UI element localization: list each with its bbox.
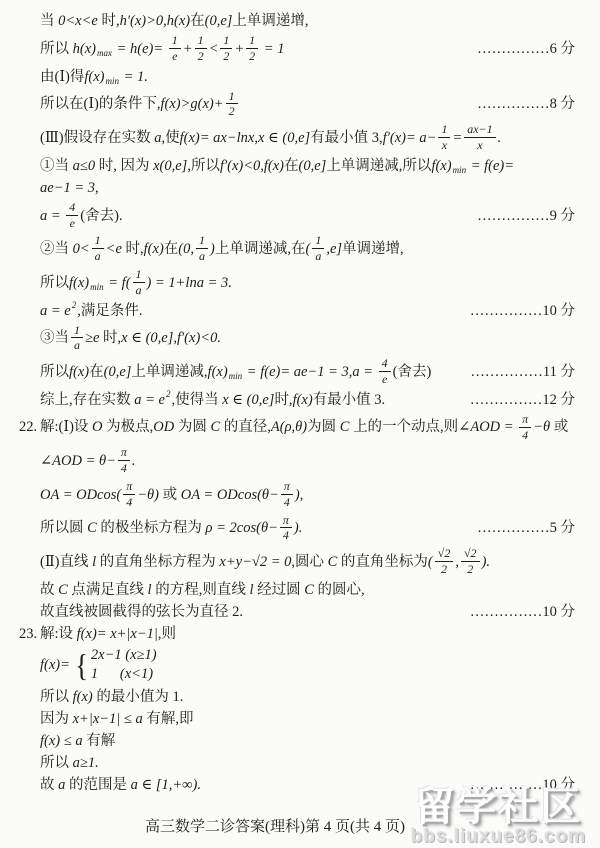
math-segment: h′(x)>0 (120, 12, 164, 30)
text-segment: 单调递增, (342, 240, 404, 258)
fraction-denominator: 4 (283, 528, 289, 543)
fraction: 1a (92, 234, 104, 264)
math-segment: x+y−√2 = 0 (219, 553, 291, 571)
math-segment: ) = 1+lna = 3. (147, 274, 232, 292)
math-segment: ρ = 2cos(θ− (206, 519, 278, 537)
math-segment: a ∈ [1,+∞). (131, 776, 201, 794)
content-line: 所以在(Ⅰ)的条件下,f(x)>g(x)+12……………8 分 (40, 88, 575, 122)
content-line: ∠AOD = θ−π4. (40, 444, 575, 478)
fraction-numerator: 1 (169, 34, 181, 49)
math-segment: x ∈ (0,e] (121, 329, 173, 347)
superscript: 2 (166, 389, 171, 400)
content-line: 由(Ⅰ)得f(x)min = 1. (40, 66, 575, 88)
math-segment: (0,e] (104, 363, 132, 381)
text-segment: 综上,存在实数 (40, 391, 134, 409)
fraction-numerator: 4 (379, 357, 391, 372)
text-segment: (Ⅱ)直线 (40, 553, 92, 571)
fraction-denominator: a (95, 249, 101, 264)
text-segment: 所以 (40, 40, 73, 58)
fraction-numerator: 1 (133, 268, 145, 283)
text-segment: 时, 因为 (95, 157, 153, 175)
math-segment: x(0,e] (153, 157, 187, 175)
math-segment: f(x)= x+|x−1| (77, 625, 158, 643)
fraction-numerator: 1 (220, 34, 232, 49)
text-segment: , (300, 486, 304, 504)
text-segment: 有解 (83, 732, 116, 750)
document-page: 当 0<x<e 时,h′(x)>0,h(x)在(0,e]上单调递增,所以 h(x… (0, 0, 600, 848)
content-line: (Ⅲ)假设存在实数 a,使f(x)= ax−lnx,x ∈ (0,e]有最小值 … (40, 121, 575, 155)
subscript: max (97, 48, 112, 59)
fraction-numerator: 1 (226, 90, 238, 105)
text-segment: 上单调递减, (131, 363, 207, 381)
math-segment: a = (352, 363, 376, 381)
text-segment: 当 (40, 12, 58, 30)
math-segment: f′(x)<0. (177, 329, 221, 347)
math-segment: C (87, 519, 97, 537)
text-segment: ,所以 (187, 157, 220, 175)
content-line: 所以 f(x) 的最小值为 1. (40, 686, 575, 708)
math-segment: h(x) (167, 12, 190, 30)
text-segment: 故直线被圆截得的弦长为直径 2. (40, 603, 243, 621)
text-segment: 经过圆 (253, 581, 304, 599)
fraction-denominator: x (477, 138, 482, 153)
fraction: 1x (438, 123, 450, 153)
text-segment: 故 (40, 776, 58, 794)
score-marker: ……………5 分 (469, 519, 575, 537)
math-segment: = f(e)= (467, 157, 514, 175)
text-segment: 上单调递增, (232, 12, 308, 30)
math-segment: = h(e)= (113, 40, 167, 58)
text-segment: ,使得当 (171, 391, 222, 409)
text-segment: 在 (164, 240, 179, 258)
content-line: ae−1 = 3, (40, 177, 575, 199)
math-segment: f(x)>g(x)+ (161, 95, 224, 113)
math-segment: ( (428, 553, 433, 571)
fraction: 12 (246, 34, 258, 64)
content-line: 23.解:设 f(x)= x+|x−1|,则 (40, 623, 575, 645)
fraction-denominator: a (136, 283, 142, 298)
score-marker: ……………10 分 (462, 776, 575, 794)
text-segment: 在 (89, 363, 104, 381)
math-segment: 0<x<e (58, 12, 98, 30)
question-number: 22. (19, 418, 40, 436)
math-segment: C (340, 418, 350, 436)
text-segment: 因为 (40, 710, 73, 728)
math-segment: f(x)= (40, 656, 74, 674)
math-segment: ∠AOD = θ− (40, 452, 116, 470)
fraction-denominator: 2 (441, 562, 447, 577)
question-number: 23. (19, 625, 40, 643)
math-segment: a (58, 776, 65, 794)
math-segment: f(x) (208, 363, 228, 381)
fraction-denominator: 4 (121, 461, 127, 476)
score-marker: ……………8 分 (469, 95, 575, 113)
math-segment: . (498, 129, 502, 147)
superscript: 2 (72, 300, 77, 311)
math-segment: −θ) (137, 486, 159, 504)
text-segment: 上单调递减,在 (215, 240, 306, 258)
text-segment: 所以 (40, 274, 69, 292)
answer-content: 当 0<x<e 时,h′(x)>0,h(x)在(0,e]上单调递增,所以 h(x… (0, 0, 600, 796)
text-segment: 在 (190, 12, 205, 30)
math-segment: x+|x−1| ≤ a (73, 710, 143, 728)
text-segment: 解:(Ⅰ)设 (40, 418, 92, 436)
text-segment: 时, (122, 240, 144, 258)
math-segment: x ∈ (0,e] (258, 129, 310, 147)
fraction: 4e (379, 357, 391, 387)
math-segment: f(x) (264, 157, 284, 175)
fraction-denominator: 4 (126, 495, 132, 510)
fraction-numerator: 1 (196, 234, 208, 249)
content-line: ③当1a≥e 时,x ∈ (0,e],f′(x)<0. (40, 322, 575, 356)
math-segment: f(x) (69, 274, 89, 292)
content-line: 所以f(x)min = f(1a) = 1+lna = 3. (40, 266, 575, 300)
fraction-numerator: π (123, 480, 135, 495)
text-segment: 的圆心, (314, 581, 365, 599)
fraction-numerator: 1 (438, 123, 450, 138)
fraction: √22 (461, 547, 480, 577)
fraction-numerator: √2 (435, 547, 454, 562)
math-segment: f′(x)<0 (220, 157, 260, 175)
text-segment: 所以圆 (40, 519, 87, 537)
math-segment: C (58, 581, 68, 599)
text-segment: 解:设 (40, 625, 77, 643)
text-segment: 上的一个动点,则 (349, 418, 458, 436)
fraction-numerator: π (281, 480, 293, 495)
piecewise-cases: {2x−1 (x≥1)1 (x<1) (74, 646, 157, 685)
math-segment: <e (106, 240, 122, 258)
math-segment: ,e] (326, 240, 342, 258)
content-line: 所以 h(x)max = h(e)= 1e+12<12+12 = 1……………6… (40, 32, 575, 66)
text-segment: 时, (99, 329, 121, 347)
text-segment: 有最小值 3. (313, 391, 386, 409)
case-row: 2x−1 (x≥1) (91, 646, 157, 666)
math-segment: −θ (533, 418, 550, 436)
case-row: 1 (x<1) (91, 665, 157, 685)
text-segment: ①当 (40, 157, 73, 175)
text-segment: 有解,即 (143, 710, 194, 728)
math-segment: , (455, 553, 459, 571)
text-segment: (Ⅲ)假设存在实数 (40, 129, 154, 147)
content-line: 故直线被圆截得的弦长为直径 2.……………10 分 (40, 601, 575, 623)
content-line: ②当 0<1a<e 时,f(x)在(0,1a)上单调递减,在(1a,e]单调递增… (40, 232, 575, 266)
text-segment: 点满足直线 (68, 581, 148, 599)
content-line: 所以圆 C 的极坐标方程为 ρ = 2cos(θ−π4).……………5 分 (40, 512, 575, 546)
math-segment: ). (482, 553, 490, 571)
fraction-denominator: 2 (229, 104, 235, 119)
math-segment: f(x) (144, 240, 164, 258)
subscript: min (90, 282, 104, 293)
text-segment: 的范围是 (65, 776, 130, 794)
content-line: f(x)= {2x−1 (x≥1)1 (x<1) (40, 645, 575, 686)
math-segment: (0,e] (205, 12, 233, 30)
text-segment: 或 (550, 418, 568, 436)
math-segment: f(x) (69, 363, 89, 381)
math-segment: (0,e] (299, 157, 327, 175)
fraction: π4 (280, 514, 292, 544)
fraction: 1a (196, 234, 208, 264)
fraction-denominator: 4 (284, 495, 290, 510)
fraction: 1a (71, 324, 83, 354)
fraction: 12 (220, 34, 232, 64)
math-segment: ≥e (85, 329, 99, 347)
score-marker: ……………10 分 (462, 603, 575, 621)
math-segment: f(x) (84, 68, 104, 86)
text-segment: 时, (98, 12, 120, 30)
subscript: min (106, 76, 120, 87)
fraction-denominator: a (199, 249, 205, 264)
fraction: 12 (195, 34, 207, 64)
fraction: √22 (435, 547, 454, 577)
fraction-numerator: π (280, 514, 292, 529)
math-segment: ( (305, 240, 310, 258)
subscript: min (453, 165, 467, 176)
fraction: π4 (123, 480, 135, 510)
content-line: 故 C 点满足直线 l 的方程,则直线 l 经过圆 C 的圆心, (40, 579, 575, 601)
fraction-denominator: e (70, 216, 75, 231)
text-segment: 的直角坐标方程为 (96, 553, 219, 571)
text-segment: 的最小值为 1. (93, 688, 184, 706)
math-segment: + (234, 40, 244, 58)
text-segment: 时, (274, 391, 292, 409)
text-segment: 为圆 (174, 418, 210, 436)
fraction-denominator: a (74, 338, 80, 353)
content-line: 当 0<x<e 时,h′(x)>0,h(x)在(0,e]上单调递增, (40, 10, 575, 32)
fraction-numerator: 1 (92, 234, 104, 249)
text-segment: 为圆 (307, 418, 340, 436)
math-segment: OA = ODcos(θ− (181, 486, 279, 504)
text-segment: 或 (159, 486, 181, 504)
text-segment: 的直角坐标为 (337, 553, 428, 571)
score-marker: ……………10 分 (462, 302, 575, 320)
math-segment: (0, (178, 240, 194, 258)
fraction-numerator: 1 (312, 234, 324, 249)
math-segment: C (304, 581, 314, 599)
fraction-numerator: 1 (71, 324, 83, 339)
math-segment: f(x) (293, 391, 313, 409)
math-segment: = f( (105, 274, 131, 292)
math-segment: h(x) (73, 40, 96, 58)
math-segment: 0< (73, 240, 90, 258)
fraction-denominator: 2 (198, 49, 204, 64)
math-segment: a = e (40, 302, 71, 320)
text-segment: ,则 (158, 625, 176, 643)
fraction-numerator: 4 (66, 201, 78, 216)
score-marker: ……………6 分 (469, 40, 575, 58)
fraction-denominator: 4 (522, 428, 528, 443)
text-segment: 的方程,则直线 (152, 581, 250, 599)
math-segment: f(x) (73, 688, 93, 706)
math-segment: ). (294, 519, 302, 537)
math-segment: ae−1 = 3 (40, 179, 95, 197)
fraction-denominator: 2 (223, 49, 229, 64)
content-line: a = e2,满足条件.……………10 分 (40, 300, 575, 322)
math-segment: f′(x)= a− (383, 129, 437, 147)
fraction: ax−1x (464, 123, 495, 153)
math-segment: OD (153, 418, 174, 436)
text-segment: 有最小值 3, (310, 129, 383, 147)
math-segment: f(x) (431, 157, 451, 175)
math-segment: A(ρ,θ) (271, 418, 307, 436)
subscript: min (229, 371, 243, 382)
math-segment: = 1. (120, 68, 148, 86)
math-segment: < (209, 40, 219, 58)
fraction: 1a (133, 268, 145, 298)
math-segment: = (452, 129, 462, 147)
text-segment: 为极点, (103, 418, 154, 436)
fraction-numerator: 1 (246, 34, 258, 49)
math-segment: OA = ODcos( (40, 486, 121, 504)
content-line: 22.解:(Ⅰ)设 O 为极点,OD 为圆 C 的直径,A(ρ,θ)为圆 C 上… (40, 411, 575, 445)
left-brace: { (75, 651, 88, 680)
math-segment: C (210, 418, 220, 436)
text-segment: ,满足条件. (77, 302, 142, 320)
math-segment: a = (40, 207, 64, 225)
fraction-numerator: π (118, 446, 130, 461)
math-segment: x ∈ (0,e] (222, 391, 274, 409)
text-segment: 的直径, (220, 418, 271, 436)
math-segment: O (92, 418, 102, 436)
fraction: π4 (281, 480, 293, 510)
fraction-denominator: 2 (249, 49, 255, 64)
fraction-denominator: e (172, 49, 177, 64)
text-segment: ③当 (40, 329, 69, 347)
fraction: π4 (118, 446, 130, 476)
text-segment: 所以在(Ⅰ)的条件下, (40, 95, 161, 113)
fraction-denominator: e (382, 372, 387, 387)
content-line: (Ⅱ)直线 l 的直角坐标方程为 x+y−√2 = 0,圆心 C 的直角坐标为(… (40, 545, 575, 579)
text-segment: 的极坐标方程为 (97, 519, 206, 537)
content-line: a = 4e(舍去).……………9 分 (40, 199, 575, 233)
fraction-denominator: a (315, 249, 321, 264)
text-segment: (舍去) (393, 363, 432, 381)
fraction: 1a (312, 234, 324, 264)
content-line: f(x) ≤ a 有解 (40, 730, 575, 752)
fraction: 4e (66, 201, 78, 231)
math-segment: = 1 (260, 40, 284, 58)
content-line: 所以f(x)在(0,e]上单调递减,f(x)min = f(e)= ae−1 =… (40, 355, 575, 389)
text-segment: (舍去). (80, 207, 122, 225)
text-segment: 故 (40, 581, 58, 599)
text-segment: , (95, 179, 99, 197)
score-marker: ……………11 分 (462, 363, 575, 381)
math-segment: a≤0 (73, 157, 95, 175)
page-footer: 高三数学二诊答案(理科)第 4 页(共 4 页) (60, 815, 490, 836)
text-segment: 由(Ⅰ)得 (40, 68, 84, 86)
text-segment: 所以 (40, 688, 73, 706)
math-segment: + (183, 40, 193, 58)
text-segment: ,圆心 (291, 553, 327, 571)
fraction: 12 (226, 90, 238, 120)
score-marker: ……………12 分 (462, 391, 575, 409)
math-segment: a (154, 129, 161, 147)
fraction: 1e (169, 34, 181, 64)
fraction-numerator: 1 (195, 34, 207, 49)
math-segment: = f(e)= ae−1 = 3 (243, 363, 349, 381)
fraction-numerator: π (519, 413, 531, 428)
fraction-numerator: √2 (461, 547, 480, 562)
math-segment: f(x) ≤ a (40, 732, 83, 750)
fraction: π4 (519, 413, 531, 443)
content-line: 所以 a≥1. (40, 752, 575, 774)
text-segment: 上单调递减,所以 (326, 157, 431, 175)
content-line: 因为 x+|x−1| ≤ a 有解,即 (40, 708, 575, 730)
fraction-denominator: 2 (467, 562, 473, 577)
math-segment: f(x)= ax−lnx (180, 129, 255, 147)
text-segment: ,使 (162, 129, 180, 147)
fraction-denominator: x (442, 138, 447, 153)
content-line: 故 a 的范围是 a ∈ [1,+∞).……………10 分 (40, 774, 575, 796)
text-segment: ②当 (40, 240, 73, 258)
math-segment: ∠AOD = (458, 418, 517, 436)
content-line: ①当 a≤0 时, 因为 x(0,e],所以f′(x)<0,f(x)在(0,e]… (40, 155, 575, 177)
fraction-numerator: ax−1 (464, 123, 495, 138)
content-line: OA = ODcos(π4−θ) 或 OA = ODcos(θ−π4), (40, 478, 575, 512)
math-segment: . (132, 452, 136, 470)
text-segment: 所以 (40, 754, 73, 772)
content-lines: 当 0<x<e 时,h′(x)>0,h(x)在(0,e]上单调递增,所以 h(x… (40, 10, 575, 796)
content-line: 综上,存在实数 a = e2,使得当 x ∈ (0,e]时,f(x)有最小值 3… (40, 389, 575, 411)
math-segment: a≥1. (73, 754, 99, 772)
score-marker: ……………9 分 (469, 207, 575, 225)
math-segment: C (328, 553, 338, 571)
math-segment: a = e (134, 391, 165, 409)
text-segment: 所以 (40, 363, 69, 381)
cases-rows: 2x−1 (x≥1)1 (x<1) (91, 646, 157, 685)
text-segment: 在 (284, 157, 299, 175)
